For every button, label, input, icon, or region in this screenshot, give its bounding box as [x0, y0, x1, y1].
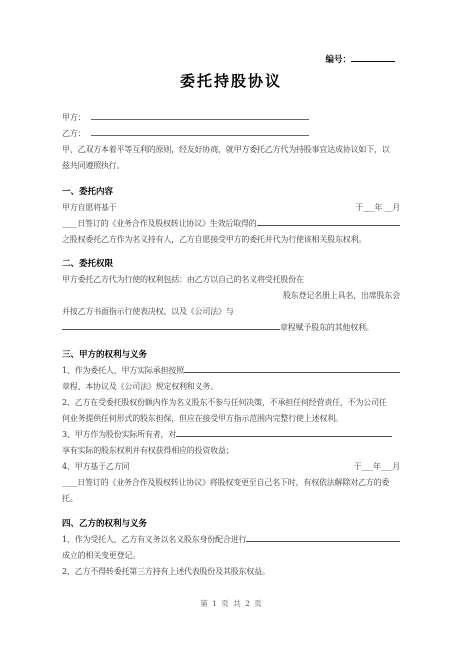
- section-3-item-4-date-blank: 于___年___月: [354, 459, 400, 475]
- section-1-line-3: 之股权委托乙方作为名义持有人，乙方自愿接受甲方的委托并代为行使该相关股东权利。: [62, 232, 400, 248]
- preamble-line-2: 兹共同遵照执行。: [62, 158, 400, 174]
- section-3-item-1-line-1: 1、作为委托人，甲方实际承担按照: [62, 363, 400, 379]
- section-party-a-rights: 三、甲方的权利与义务 1、作为委托人，甲方实际承担按照 章程、本协议及《公司法》…: [62, 347, 400, 507]
- section-3-item-3-text: 3、甲方作为股份实际所有者，对: [62, 427, 176, 443]
- section-2-blank-line: [62, 320, 280, 330]
- section-party-b-rights: 四、乙方的权利与义务 1、作为受托人，乙方有义务以名义股东身份配合进行 成立的相…: [62, 516, 400, 580]
- section-1-line-2: ____日签订的《业务合作及股权转让协议》生效后取得的: [62, 216, 400, 232]
- section-3-item-3-blank-line: [176, 427, 392, 437]
- doc-number-blank-line: [351, 53, 395, 62]
- section-1-line-1: 甲方自愿将基于 于___年 __月: [62, 200, 400, 216]
- section-2-line-4: 章程赋予股东的其他权利。: [62, 320, 400, 336]
- section-3-item-1-line-2: 章程、本协议及《公司法》规定权利和义务。: [62, 379, 400, 395]
- party-a-label: 甲方：: [62, 110, 85, 126]
- section-3-item-1-text: 1、作为委托人，甲方实际承担按照: [62, 363, 184, 379]
- document-page: 编号： 委托持股协议 甲方： 乙方： 甲、乙双方本着平等互利的原则，经友好协商，…: [0, 0, 463, 655]
- section-2-line-2: 股东登记名册上具名，出席股东会: [62, 288, 400, 304]
- doc-number-row: 编号：: [62, 53, 400, 66]
- section-entrustment-content: 一、委托内容 甲方自愿将基于 于___年 __月 ____日签订的《业务合作及股…: [62, 184, 400, 248]
- section-3-item-4-line-2: ____日签订的《业务合作及股权转让协议》将股权变更至自己名下时，有权依法解除对…: [62, 475, 400, 491]
- party-b-blank-line: [91, 126, 309, 136]
- section-2-line-3: 并按乙方书面指示行使表决权、以及《公司法》与: [62, 304, 400, 320]
- document-content: 编号： 委托持股协议 甲方： 乙方： 甲、乙双方本着平等互利的原则，经友好协商，…: [0, 0, 463, 580]
- party-a-blank-line: [91, 110, 309, 120]
- doc-number-label: 编号：: [325, 53, 351, 65]
- section-2-line-1: 甲方委托乙方代为行使的权利包括：由乙方以自己的名义将受托股份在: [62, 272, 400, 288]
- preamble-line-1: 甲、乙双方本着平等互利的原则，经友好协商，就甲方委托乙方代为持股事宜达成协议如下…: [62, 142, 400, 158]
- section-3-item-1-blank-line: [184, 363, 400, 373]
- section-2-heading: 二、委托权限: [62, 256, 400, 272]
- section-4-item-1-blank-line: [246, 532, 400, 542]
- section-1-heading: 一、委托内容: [62, 184, 400, 200]
- section-3-item-3-line-1: 3、甲方作为股份实际所有者，对: [62, 427, 400, 443]
- party-a-row: 甲方：: [62, 110, 400, 126]
- section-3-item-4-line-1: 4、甲方基于乙方同 于___年___月: [62, 459, 400, 475]
- parties-block: 甲方： 乙方：: [62, 110, 400, 142]
- section-3-item-2-line-1: 2、乙方在受委托股权份额内作为名义股东不参与任何决策，不承担任何经营责任，不为公…: [62, 395, 400, 411]
- section-4-item-1-line-2: 成立的相关变更登记。: [62, 548, 400, 564]
- section-4-heading: 四、乙方的权利与义务: [62, 516, 400, 532]
- section-1-date-blank: 于___年 __月: [355, 200, 400, 216]
- section-1-line-2-text: ____日签订的《业务合作及股权转让协议》生效后取得的: [62, 216, 257, 232]
- page-title: 委托持股协议: [62, 71, 400, 91]
- party-b-label: 乙方：: [62, 126, 85, 142]
- preamble: 甲、乙双方本着平等互利的原则，经友好协商，就甲方委托乙方代为持股事宜达成协议如下…: [62, 142, 400, 174]
- section-3-item-4-text: 4、甲方基于乙方同: [62, 459, 129, 475]
- party-b-row: 乙方：: [62, 126, 400, 142]
- section-4-item-1-line-1: 1、作为受托人，乙方有义务以名义股东身份配合进行: [62, 532, 400, 548]
- section-3-heading: 三、甲方的权利与义务: [62, 347, 400, 363]
- section-4-item-1-text: 1、作为受托人，乙方有义务以名义股东身份配合进行: [62, 532, 246, 548]
- section-3-item-4-line-3: 托。: [62, 491, 400, 507]
- section-entrustment-authority: 二、委托权限 甲方委托乙方代为行使的权利包括：由乙方以自己的名义将受托股份在 股…: [62, 256, 400, 336]
- section-4-item-2: 2、乙方不得转委托第三方持有上述代表股份及其股东权益。: [62, 564, 400, 580]
- section-1-line-1-text: 甲方自愿将基于: [62, 200, 117, 216]
- section-3-item-2-line-2: 何业务提供任何形式的股东担保，但应在接受甲方指示范围内完整行使上述权利。: [62, 411, 400, 427]
- section-1-blank-line: [257, 216, 400, 226]
- section-3-item-3-line-2: 享有实际的股东权利并有权获得相应的投资收益；: [62, 443, 400, 459]
- page-number-footer: 第 1 页 共 2 页: [0, 598, 463, 609]
- section-2-line-4-text: 章程赋予股东的其他权利。: [280, 320, 374, 336]
